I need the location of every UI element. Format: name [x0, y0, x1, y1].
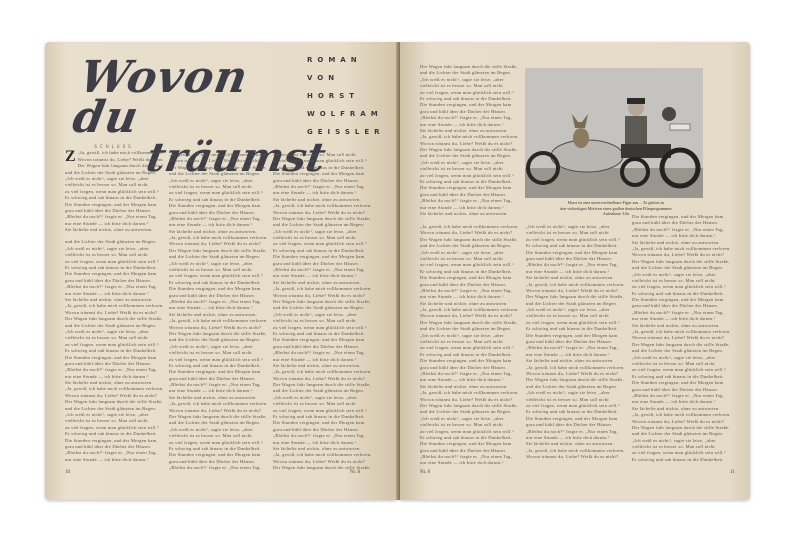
right-page: Der Wagen fuhr langsam durch die stille … — [400, 42, 750, 500]
photo-illustration — [525, 68, 703, 198]
byline-word: GEISSLER — [307, 128, 377, 136]
text-column-3: vielleicht ist es besser so. Man soll ni… — [273, 152, 371, 484]
issue-mark-right: Nr. 8 — [420, 470, 430, 475]
page-number-right: 11 — [730, 470, 735, 475]
byline-word: HORST — [307, 92, 377, 100]
byline-word: ROMAN — [307, 56, 377, 64]
text-column-6: „Ich weiß es nicht“, sagte sie leise, „a… — [526, 224, 626, 474]
text-column-2: „Ja, gewiß, ich habe mich vollkommen ver… — [169, 152, 267, 484]
byline-word: WOLFRAM — [307, 110, 377, 118]
byline: ROMAN VON HORST WOLFRAM GEISSLER — [307, 56, 377, 146]
magazine-spread: Wovon du träumst ROMAN VON HORST WOLFRAM… — [45, 42, 753, 500]
left-page: Wovon du träumst ROMAN VON HORST WOLFRAM… — [45, 42, 397, 500]
title-line-1: Wovon du — [70, 58, 294, 138]
page-number-left: 10 — [65, 470, 70, 475]
issue-mark-left: Nr. 8 — [350, 470, 360, 475]
text-column-4: Der Wagen fuhr langsam durch die stille … — [420, 64, 520, 224]
byline-word: VON — [307, 74, 377, 82]
text-column-1: SCHLUSS Z „Ja, gewiß, ich habe mich voll… — [65, 144, 163, 484]
text-column-5: „Ja, gewiß, ich habe mich vollkommen ver… — [420, 224, 520, 474]
drop-cap: Z — [65, 150, 76, 164]
photo-motorcycle-sidecar-dog — [525, 68, 703, 198]
text-column-7: Die Stunden vergingen, und der Morgen ka… — [632, 214, 732, 474]
